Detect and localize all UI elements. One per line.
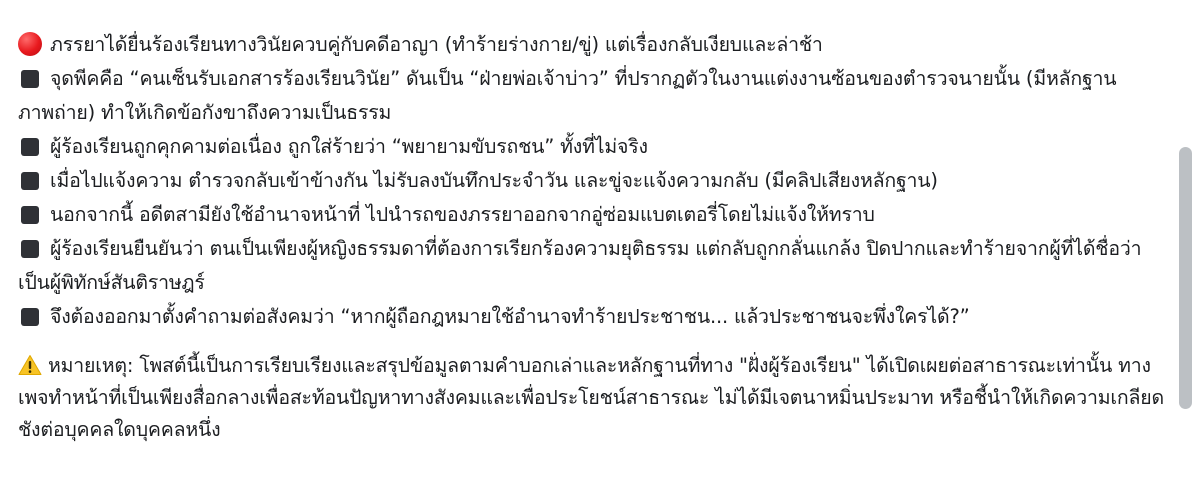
black-square-icon	[21, 70, 39, 88]
post-line: ผู้ร้องเรียนยืนยันว่า ตนเป็นเพียงผู้หญิง…	[18, 232, 1170, 300]
disclaimer-text: หมายเหตุ: โพสต์นี้เป็นการเรียบเรียงและสร…	[18, 354, 1164, 441]
warning-icon	[18, 354, 42, 376]
post-line-text: จึงต้องออกมาตั้งคำถามต่อสังคมว่า “หากผู้…	[50, 305, 970, 328]
post-line: ผู้ร้องเรียนถูกคุกคามต่อเนื่อง ถูกใส่ร้า…	[18, 130, 1170, 164]
black-square-icon	[21, 308, 39, 326]
post-line: ภรรยาได้ยื่นร้องเรียนทางวินัยควบคู่กับคด…	[18, 28, 1170, 62]
post-line-text: ภรรยาได้ยื่นร้องเรียนทางวินัยควบคู่กับคด…	[50, 33, 823, 56]
black-square-icon	[21, 172, 39, 190]
post-line: นอกจากนี้ อดีตสามียังใช้อำนาจหน้าที่ ไปน…	[18, 198, 1170, 232]
black-square-icon	[21, 240, 39, 258]
post-line: จุดพีคคือ “คนเซ็นรับเอกสารร้องเรียนวินัย…	[18, 62, 1170, 130]
post-body: ภรรยาได้ยื่นร้องเรียนทางวินัยควบคู่กับคด…	[18, 28, 1170, 446]
post-line-text: จุดพีคคือ “คนเซ็นรับเอกสารร้องเรียนวินัย…	[18, 67, 1116, 124]
post-line-text: ผู้ร้องเรียนยืนยันว่า ตนเป็นเพียงผู้หญิง…	[18, 237, 1141, 294]
post-line-text: เมื่อไปแจ้งความ ตำรวจกลับเข้าข้างกัน ไม่…	[50, 169, 938, 192]
post-line-text: ผู้ร้องเรียนถูกคุกคามต่อเนื่อง ถูกใส่ร้า…	[50, 135, 648, 158]
post-line: เมื่อไปแจ้งความ ตำรวจกลับเข้าข้างกัน ไม่…	[18, 164, 1170, 198]
scrollbar-thumb[interactable]	[1179, 147, 1192, 409]
disclaimer-note: หมายเหตุ: โพสต์นี้เป็นการเรียบเรียงและสร…	[18, 350, 1170, 446]
post-line-text: นอกจากนี้ อดีตสามียังใช้อำนาจหน้าที่ ไปน…	[50, 203, 875, 226]
post-line: จึงต้องออกมาตั้งคำถามต่อสังคมว่า “หากผู้…	[18, 300, 1170, 334]
black-square-icon	[21, 138, 39, 156]
red-circle-icon	[18, 32, 42, 56]
black-square-icon	[21, 206, 39, 224]
